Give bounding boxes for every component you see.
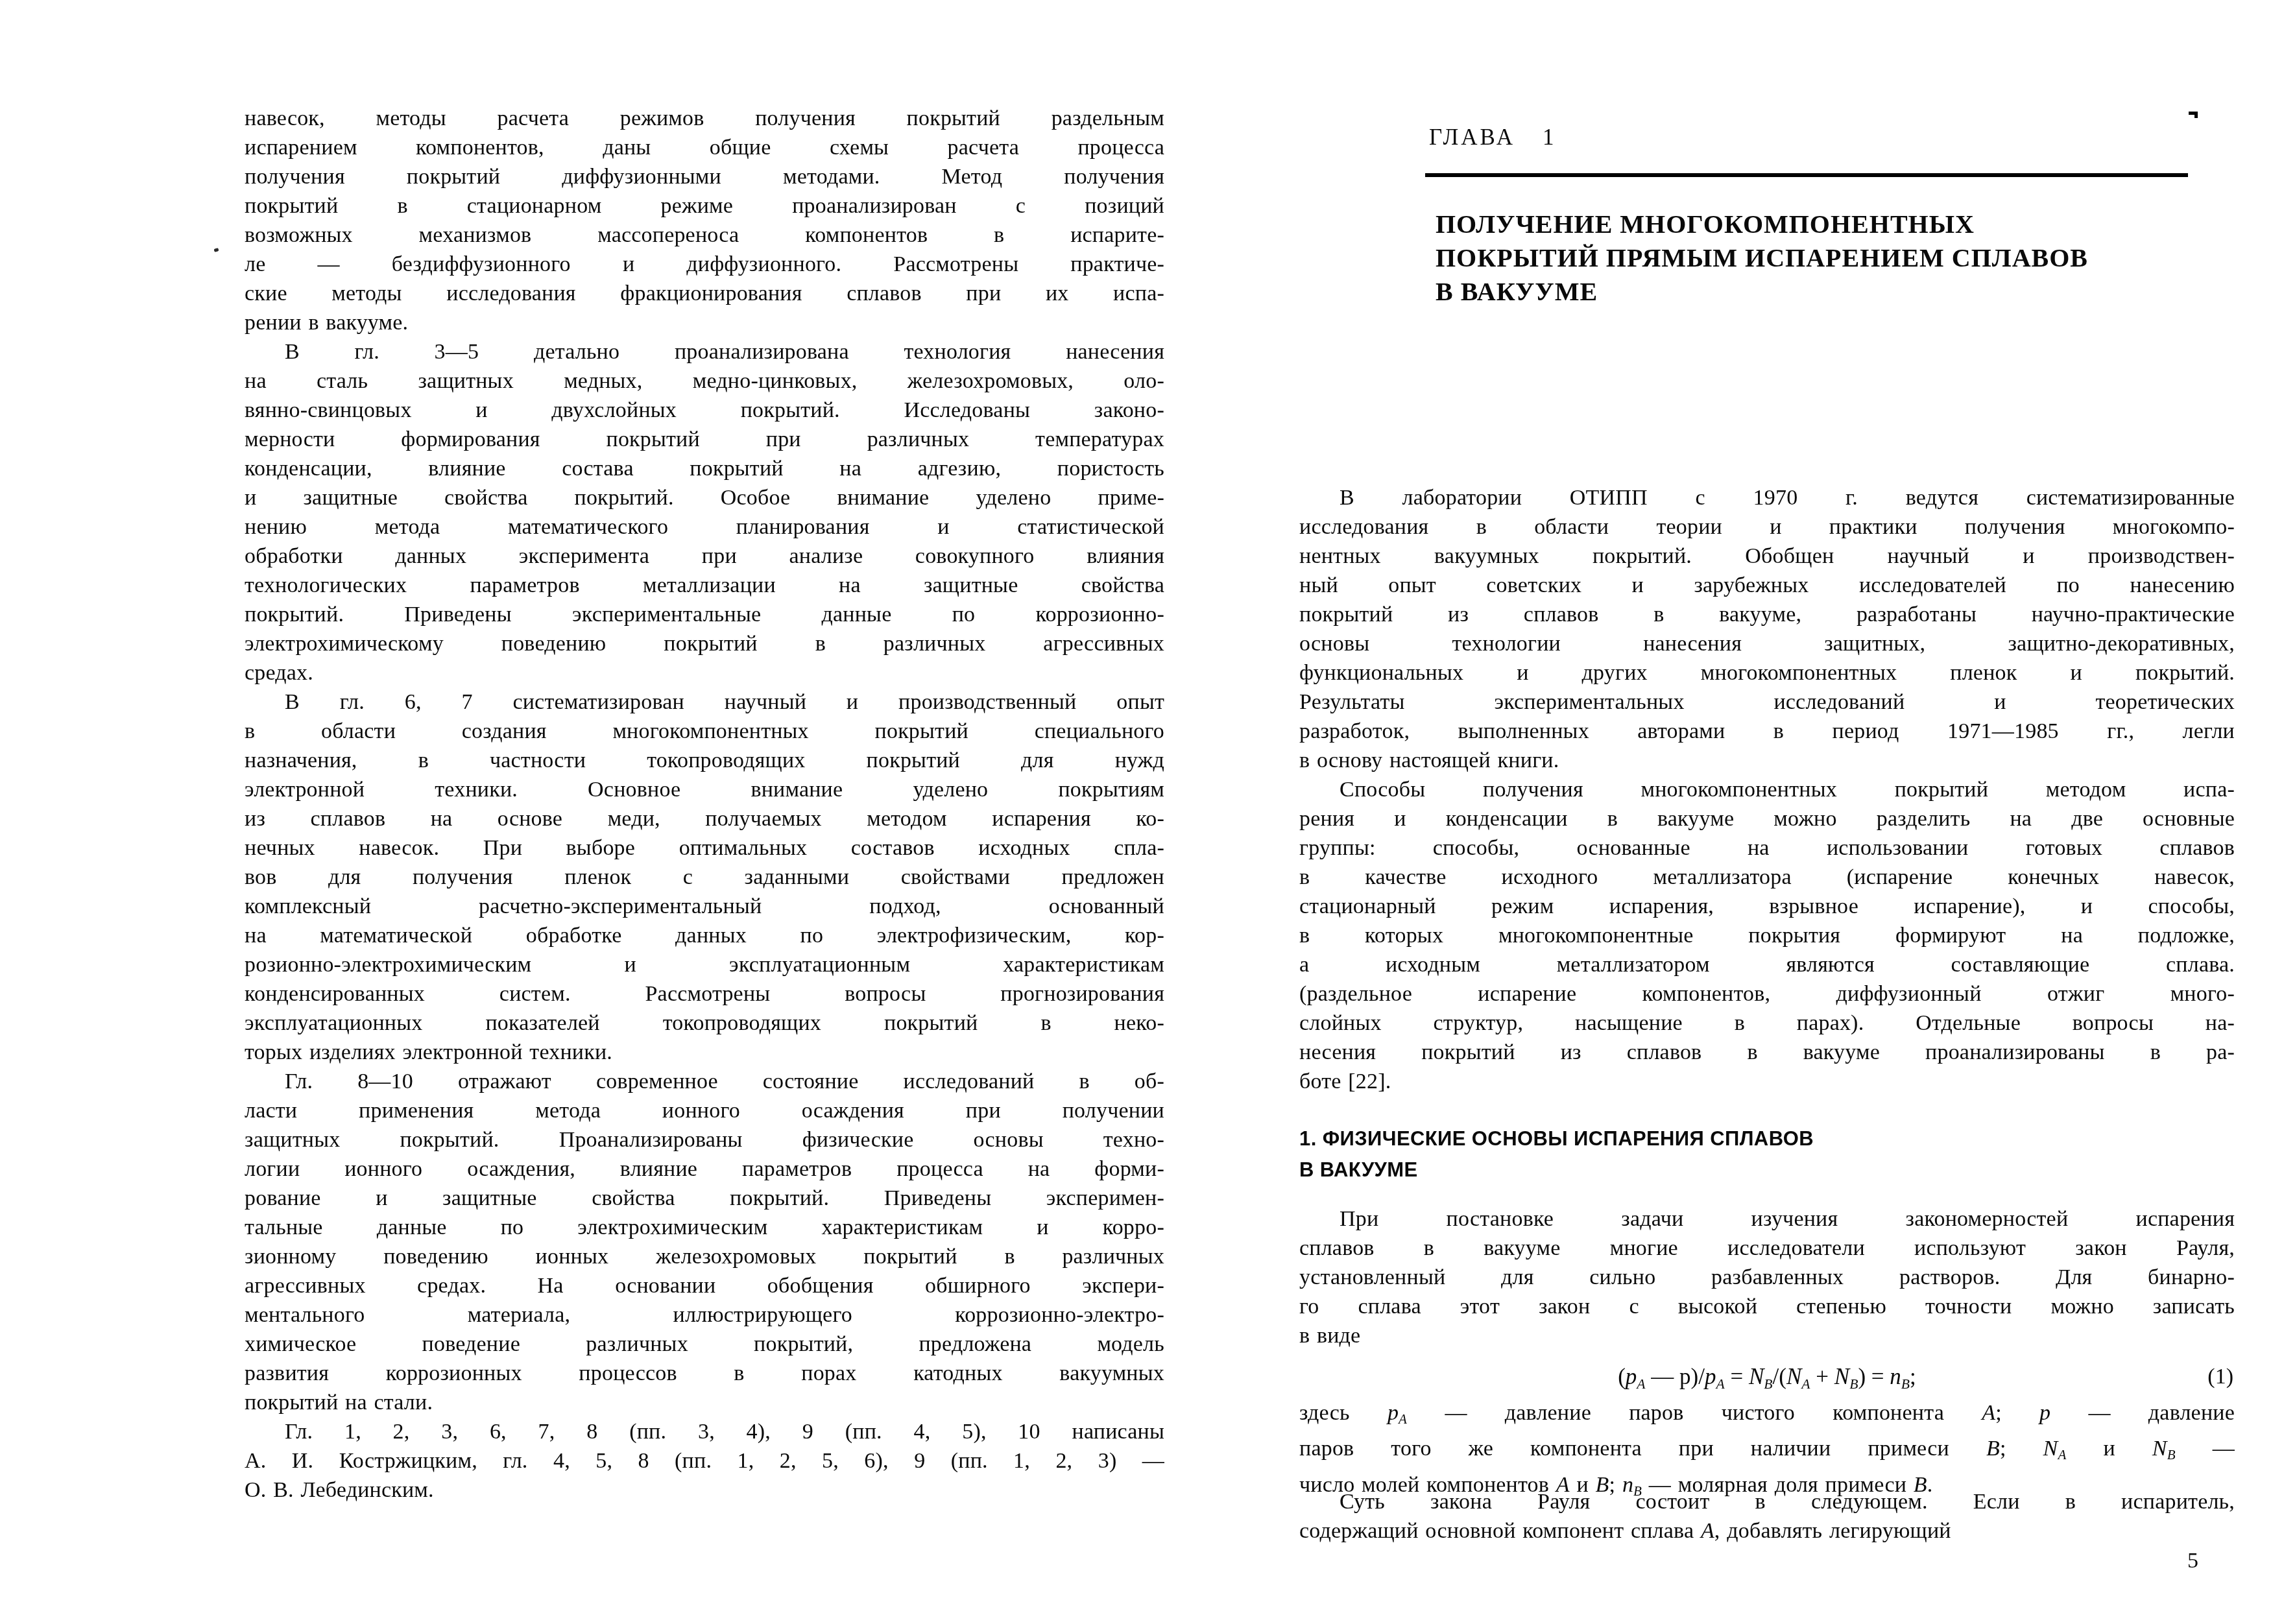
chapter-kicker: ГЛАВА1 bbox=[1429, 125, 1554, 150]
section-heading: 1. ФИЗИЧЕСКИЕ ОСНОВЫ ИСПАРЕНИЯ СПЛАВОВВ … bbox=[1299, 1123, 2235, 1186]
text-line: В лаборатории ОТИПП с 1970 г. ведутся си… bbox=[1299, 483, 2235, 512]
paragraph: Способы получения многокомпонентных покр… bbox=[1299, 775, 2235, 1096]
chapter-number: 1 bbox=[1543, 125, 1554, 150]
equation-body: (pA — p)/pA = NB/(NA + NB) = nB; bbox=[1618, 1364, 1916, 1389]
text-line: О. В. Лебединским. bbox=[245, 1475, 1164, 1505]
text-line: ПОКРЫТИЙ ПРЯМЫМ ИСПАРЕНИЕМ СПЛАВОВ bbox=[1436, 241, 2240, 275]
text-line: в которых многокомпонентные покрытия фор… bbox=[1299, 921, 2235, 950]
text-line: а исходным металлизатором являются соста… bbox=[1299, 950, 2235, 979]
chapter-word: ГЛАВА bbox=[1429, 125, 1515, 150]
text-line: паров того же компонента при наличии при… bbox=[1299, 1434, 2235, 1470]
text-line: группы: способы, основанные на использов… bbox=[1299, 833, 2235, 863]
text-line: тальные данные по электрохимическим хара… bbox=[245, 1213, 1164, 1242]
paragraph: В гл. 6, 7 систематизирован научный и пр… bbox=[245, 687, 1164, 1067]
paragraph: В гл. 3—5 детально проанализирована техн… bbox=[245, 337, 1164, 687]
text-line: разработок, выполненных авторами в перио… bbox=[1299, 717, 2235, 746]
text-line: При постановке задачи изучения закономер… bbox=[1299, 1204, 2235, 1234]
text-line: нению метода математического планировани… bbox=[245, 512, 1164, 542]
left-page-text-column: навесок, методы расчета режимов получени… bbox=[245, 104, 1164, 1505]
text-line: навесок, методы расчета режимов получени… bbox=[245, 104, 1164, 133]
text-line: нечных навесок. При выборе оптимальных с… bbox=[245, 833, 1164, 863]
paragraph: При постановке задачи изучения закономер… bbox=[1299, 1204, 2235, 1350]
text-line: сплавов в вакууме многие исследователи и… bbox=[1299, 1234, 2235, 1263]
paragraph: Гл. 1, 2, 3, 6, 7, 8 (пп. 3, 4), 9 (пп. … bbox=[245, 1417, 1164, 1505]
text-line: покрытий. Приведены экспериментальные да… bbox=[245, 600, 1164, 629]
text-line: обработки данных эксперимента при анализ… bbox=[245, 542, 1164, 571]
text-line: защитных покрытий. Проанализированы физи… bbox=[245, 1125, 1164, 1154]
text-line: торых изделиях электронной техники. bbox=[245, 1038, 1164, 1067]
text-line: в основу настоящей книги. bbox=[1299, 746, 2235, 775]
text-line: ле — бездиффузионного и диффузионного. Р… bbox=[245, 250, 1164, 279]
text-line: ласти применения метода ионного осаждени… bbox=[245, 1096, 1164, 1125]
text-line: назначения, в частности токопроводящих п… bbox=[245, 746, 1164, 775]
paragraph: Суть закона Рауля состоит в следующем. Е… bbox=[1299, 1487, 2235, 1546]
text-line: Способы получения многокомпонентных покр… bbox=[1299, 775, 2235, 804]
text-line: средах. bbox=[245, 658, 1164, 687]
text-line: Результаты экспериментальных исследовани… bbox=[1299, 687, 2235, 717]
text-line: ный опыт советских и зарубежных исследов… bbox=[1299, 571, 2235, 600]
text-line: комплексный расчетно-экспериментальный п… bbox=[245, 892, 1164, 921]
text-line: содержащий основной компонент сплава A, … bbox=[1299, 1516, 2235, 1546]
text-line: покрытий из сплавов в вакууме, разработа… bbox=[1299, 600, 2235, 629]
paragraph: Гл. 8—10 отражают современное состояние … bbox=[245, 1067, 1164, 1417]
text-line: на сталь защитных медных, медно-цинковых… bbox=[245, 366, 1164, 396]
text-line: конденсации, влияние состава покрытий на… bbox=[245, 454, 1164, 483]
text-line: В гл. 6, 7 систематизирован научный и пр… bbox=[245, 687, 1164, 717]
text-line: здесь pA — давление паров чистого компон… bbox=[1299, 1398, 2235, 1434]
text-line: В ВАКУУМЕ bbox=[1299, 1154, 2235, 1186]
text-line: Гл. 1, 2, 3, 6, 7, 8 (пп. 3, 4), 9 (пп. … bbox=[245, 1417, 1164, 1446]
text-line: боте [22]. bbox=[1299, 1067, 2235, 1096]
text-line: логии ионного осаждения, влияние парамет… bbox=[245, 1154, 1164, 1184]
text-line: агрессивных средах. На основании обобщен… bbox=[245, 1271, 1164, 1300]
text-line: 1. ФИЗИЧЕСКИЕ ОСНОВЫ ИСПАРЕНИЯ СПЛАВОВ bbox=[1299, 1123, 2235, 1154]
text-line: электронной техники. Основное внимание у… bbox=[245, 775, 1164, 804]
equation-row: (pA — p)/pA = NB/(NA + NB) = nB; (1) bbox=[1299, 1359, 2235, 1394]
text-line: на математической обработке данных по эл… bbox=[245, 921, 1164, 950]
text-line: основы технологии нанесения защитных, за… bbox=[1299, 629, 2235, 658]
chapter-rule bbox=[1425, 173, 2188, 177]
text-line: эксплуатационных показателей токопроводя… bbox=[245, 1009, 1164, 1038]
text-line: А. И. Костржицким, гл. 4, 5, 8 (пп. 1, 2… bbox=[245, 1446, 1164, 1475]
text-line: Гл. 8—10 отражают современное состояние … bbox=[245, 1067, 1164, 1096]
text-line: из сплавов на основе меди, получаемых ме… bbox=[245, 804, 1164, 833]
text-line: зионному поведению ионных железохромовых… bbox=[245, 1242, 1164, 1271]
scan-tick-top-right bbox=[2189, 112, 2198, 115]
text-line: несения покрытий из сплавов в вакууме пр… bbox=[1299, 1038, 2235, 1067]
text-line: в качестве исходного металлизатора (испа… bbox=[1299, 863, 2235, 892]
paragraph: навесок, методы расчета режимов получени… bbox=[245, 104, 1164, 337]
text-line: В ВАКУУМЕ bbox=[1436, 275, 2240, 309]
text-line: возможных механизмов массопереноса компо… bbox=[245, 221, 1164, 250]
text-line: установленный для сильно разбавленных ра… bbox=[1299, 1263, 2235, 1292]
scan-speck-left-margin bbox=[213, 248, 219, 252]
text-line: получения покрытий диффузионными методам… bbox=[245, 162, 1164, 191]
section-text-column: При постановке задачи изучения закономер… bbox=[1299, 1204, 2235, 1350]
closing-text-column: Суть закона Рауля состоит в следующем. Е… bbox=[1299, 1487, 2235, 1546]
text-line: (раздельное испарение компонентов, диффу… bbox=[1299, 979, 2235, 1009]
text-line: рении в вакууме. bbox=[245, 308, 1164, 337]
text-line: мерности формирования покрытий при разли… bbox=[245, 425, 1164, 454]
text-line: развития коррозионных процессов в порах … bbox=[245, 1359, 1164, 1388]
paragraph: В лаборатории ОТИПП с 1970 г. ведутся си… bbox=[1299, 483, 2235, 775]
text-line: технологических параметров металлизации … bbox=[245, 571, 1164, 600]
text-line: слойных структур, насыщение в парах). От… bbox=[1299, 1009, 2235, 1038]
text-line: вянно-свинцовых и двухслойных покрытий. … bbox=[245, 396, 1164, 425]
text-line: ментального материала, иллюстрирующего к… bbox=[245, 1300, 1164, 1330]
text-line: покрытий в стационарном режиме проанализ… bbox=[245, 191, 1164, 221]
text-line: исследования в области теории и практики… bbox=[1299, 512, 2235, 542]
text-line: го сплава этот закон с высокой степенью … bbox=[1299, 1292, 2235, 1321]
text-line: ские методы исследования фракционировани… bbox=[245, 279, 1164, 308]
text-line: в виде bbox=[1299, 1321, 2235, 1350]
text-line: нентных вакуумных покрытий. Обобщен науч… bbox=[1299, 542, 2235, 571]
page-number: 5 bbox=[2187, 1549, 2198, 1573]
text-line: испарением компонентов, даны общие схемы… bbox=[245, 133, 1164, 162]
text-line: электрохимическому поведению покрытий в … bbox=[245, 629, 1164, 658]
intro-text-column: В лаборатории ОТИПП с 1970 г. ведутся си… bbox=[1299, 483, 2235, 1096]
text-line: стационарный режим испарения, взрывное и… bbox=[1299, 892, 2235, 921]
chapter-title: ПОЛУЧЕНИЕ МНОГОКОМПОНЕНТНЫХПОКРЫТИЙ ПРЯМ… bbox=[1436, 208, 2240, 309]
text-line: розионно-электрохимическим и эксплуатаци… bbox=[245, 950, 1164, 979]
text-line: конденсированных систем. Рассмотрены воп… bbox=[245, 979, 1164, 1009]
text-line: вов для получения пленок с заданными сво… bbox=[245, 863, 1164, 892]
text-line: рения и конденсации в вакууме можно разд… bbox=[1299, 804, 2235, 833]
text-line: Суть закона Рауля состоит в следующем. Е… bbox=[1299, 1487, 2235, 1516]
text-line: и защитные свойства покрытий. Особое вни… bbox=[245, 483, 1164, 512]
text-line: рование и защитные свойства покрытий. Пр… bbox=[245, 1184, 1164, 1213]
text-line: ПОЛУЧЕНИЕ МНОГОКОМПОНЕНТНЫХ bbox=[1436, 208, 2240, 241]
text-line: химическое поведение различных покрытий,… bbox=[245, 1330, 1164, 1359]
text-line: покрытий на стали. bbox=[245, 1388, 1164, 1417]
text-line: в области создания многокомпонентных пок… bbox=[245, 717, 1164, 746]
text-line: В гл. 3—5 детально проанализирована техн… bbox=[245, 337, 1164, 366]
equation-number: (1) bbox=[2207, 1359, 2233, 1394]
text-line: функциональных и других многокомпонентны… bbox=[1299, 658, 2235, 687]
book-spread-scan: навесок, методы расчета режимов получени… bbox=[0, 0, 2284, 1624]
